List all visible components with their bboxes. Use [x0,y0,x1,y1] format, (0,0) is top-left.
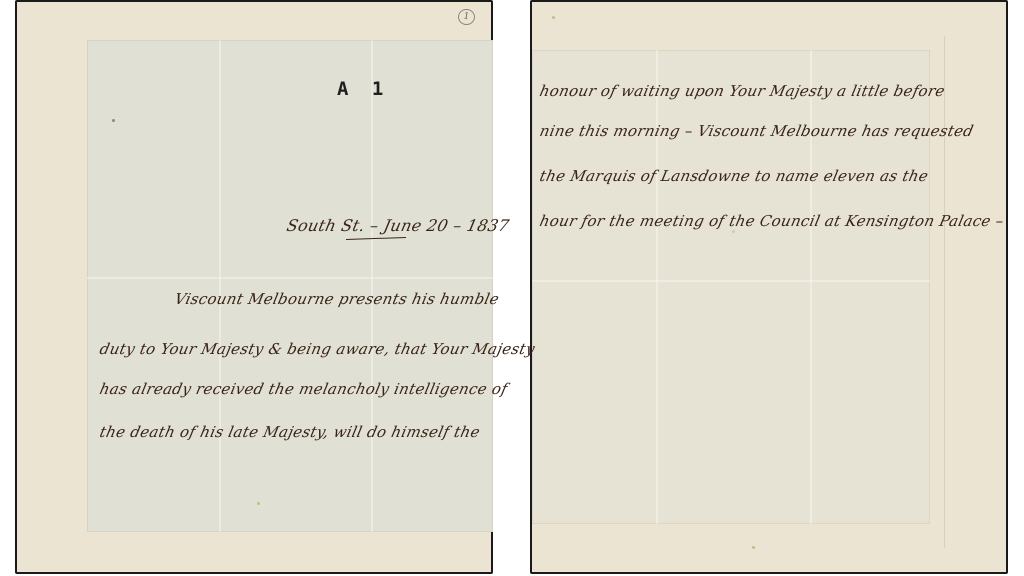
foxing-spot [752,546,755,549]
ink-speck [112,119,115,122]
letter-line: Viscount Melbourne presents his humble [173,290,501,308]
letter-page-left: A 1 1 [15,0,493,574]
letter-line: nine this morning – Viscount Melbourne h… [538,122,975,140]
letter-sheet [87,40,493,532]
fold-line [87,277,493,279]
fold-line [371,40,373,532]
letter-line: the Marquis of Lansdowne to name eleven … [538,167,930,185]
folio-number: 1 [458,9,475,25]
fold-line [219,40,221,532]
foxing-spot [552,16,555,19]
letter-line: the death of his late Majesty, will do h… [98,423,482,441]
letter-line: has already received the melancholy inte… [98,380,509,398]
dateline: South St. – June 20 – 1837 [285,216,511,235]
letter-line: duty to Your Majesty & being aware, that… [98,340,537,358]
foxing-spot [732,230,735,233]
letter-line: hour for the meeting of the Council at K… [538,212,1005,230]
fold-line [532,280,930,282]
mount-edge [944,36,945,548]
letter-line: honour of waiting upon Your Majesty a li… [538,82,947,100]
archive-stamp: A 1 [337,78,389,100]
foxing-spot [257,502,260,505]
